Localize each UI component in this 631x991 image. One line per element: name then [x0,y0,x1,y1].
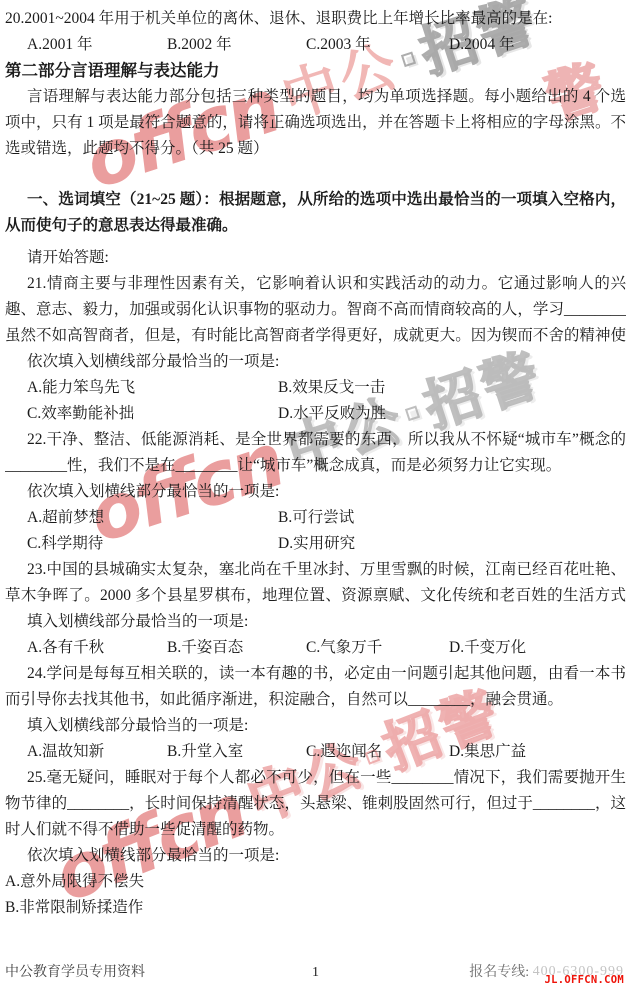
question-23-options: A.各有千秋 B.千姿百态 C.气象万千 D.千变万化 [27,635,626,661]
subsection-instruction: 一、选词填空（21~25 题）：根据题意，从所给的选项中选出最恰当的一项填入空格… [5,187,626,239]
question-21-option-b: B.效果反戈一击 [278,375,385,401]
question-20-option-c: C.2003 年 [306,32,449,58]
question-20-option-a: A.2001 年 [27,32,167,58]
question-22-stem: 22.干净、整洁、低能源消耗、是全世界都需要的东西，所以我从不怀疑“城市车”概念… [5,427,626,479]
start-answering-prompt: 请开始答题: [5,245,626,271]
question-25-prompt: 依次填入划横线部分最恰当的一项是: [5,843,626,869]
question-20-option-b: B.2002 年 [167,32,306,58]
question-21-options-row-2: C.效率勤能补拙 D.水平反败为胜 [27,401,626,427]
question-21-prompt: 依次填入划横线部分最恰当的一项是: [5,349,626,375]
question-20-option-d: D.2004 年 [449,32,514,58]
question-23-option-d: D.千变万化 [449,635,526,661]
section-intro: 言语理解与表达能力部分包括三种类型的题目，均为单项选择题。每小题给出的 4 个选… [5,84,626,162]
question-24-prompt: 填入划横线部分最恰当的一项是: [5,713,626,739]
question-24-stem: 24.学问是每每互相关联的，读一本有趣的书，必定由一问题引起其他问题，由看一本书… [5,661,626,713]
question-22-prompt: 依次填入划横线部分最恰当的一项是: [5,479,626,505]
exam-paper-page: offcn 中公 ·招警 offcn 中公 ·招警 offcn 中公 ·招警 警… [0,0,631,991]
question-23-stem: 23.中国的县城确实太复杂，塞北尚在千里冰封、万里雪飘的时候，江南已经百花吐艳、… [5,557,626,609]
question-23-option-c: C.气象万千 [306,635,449,661]
question-20-options: A.2001 年 B.2002 年 C.2003 年 D.2004 年 [27,32,626,58]
question-21-option-d: D.水平反败为胜 [278,401,386,427]
question-25-option-b: B.非常限制矫揉造作 [5,895,626,921]
question-21-option-a: A.能力笨鸟先飞 [27,375,278,401]
document-content: 20.2001~2004 年用于机关单位的离休、退休、退职费比上年增长比率最高的… [0,0,631,991]
question-24-options: A.温故知新 B.升堂入室 C.遐迩闻名 D.集思广益 [27,739,626,765]
question-24-option-c: C.遐迩闻名 [306,739,449,765]
question-25-stem: 25.毫无疑问，睡眠对于每个人都必不可少，但在一些________情况下，我们需… [5,765,626,843]
question-25-option-a: A.意外局限得不偿失 [5,869,626,895]
question-23-option-b: B.千姿百态 [167,635,306,661]
question-23-option-a: A.各有千秋 [27,635,167,661]
question-24-option-b: B.升堂入室 [167,739,306,765]
phone-label: 报名专线: [469,965,529,980]
question-21-options-row-1: A.能力笨鸟先飞 B.效果反戈一击 [27,375,626,401]
question-22-option-b: B.可行尝试 [278,505,354,531]
question-24-option-d: D.集思广益 [449,739,526,765]
question-21-option-c: C.效率勤能补拙 [27,401,278,427]
section-heading: 第二部分言语理解与表达能力 [5,58,626,84]
question-21-stem: 21.情商主要与非理性因素有关，它影响着认识和实践活动的动力。它通过影响人的兴趣… [5,271,626,349]
question-22-option-c: C.科学期待 [27,531,278,557]
footer-right: 报名专线: 400-6300-999 JL.OFFCN.COM [469,964,624,981]
question-22-options-row-2: C.科学期待 D.实用研究 [27,531,626,557]
question-22-options-row-1: A.超前梦想 B.可行尝试 [27,505,626,531]
question-20-stem: 20.2001~2004 年用于机关单位的离休、退休、退职费比上年增长比率最高的… [5,6,626,32]
question-24-option-a: A.温故知新 [27,739,167,765]
question-22-option-d: D.实用研究 [278,531,355,557]
question-23-prompt: 填入划横线部分最恰当的一项是: [5,609,626,635]
question-22-option-a: A.超前梦想 [27,505,278,531]
offcn-url-stamp: JL.OFFCN.COM [545,972,624,989]
